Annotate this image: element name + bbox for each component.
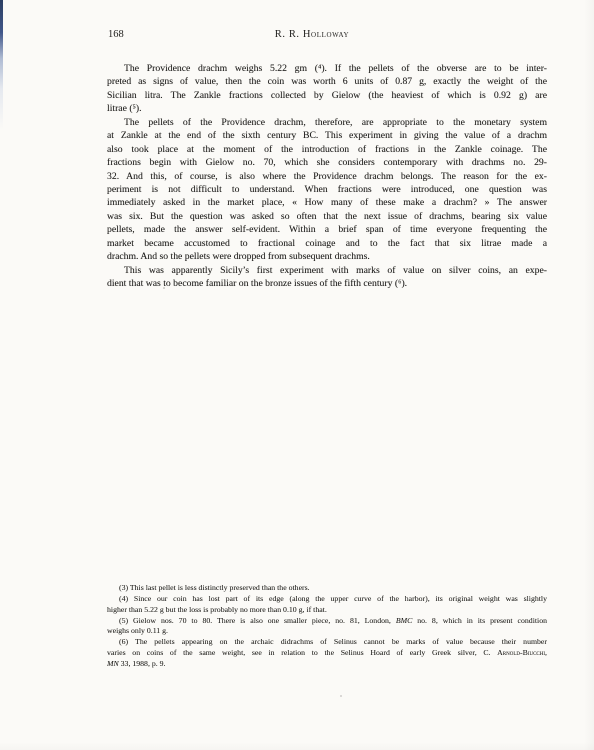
text-line: dient that was to become familiar on the…: [107, 277, 547, 290]
text-line: 32. And this, of course, is also where t…: [107, 170, 547, 183]
text-line: (5) Gielow nos. 70 to 80. There is also …: [107, 616, 547, 627]
text-line: weighs only 0.11 g.: [107, 626, 547, 637]
text-line: pellets, made the answer self-evident. W…: [107, 223, 547, 236]
scan-speck: [163, 287, 165, 289]
scan-edge-artifact: [0, 0, 3, 130]
text-segment: varies on coins of the same weight, see …: [107, 648, 497, 657]
text-segment: 33, 1988, p. 9.: [119, 659, 166, 668]
text-line: (4) Since our coin has lost part of its …: [107, 594, 547, 605]
text-line: The Providence drachm weighs 5.22 gm (⁴)…: [107, 62, 547, 75]
text-segment: no. 8, which in its present condition: [412, 616, 547, 625]
text-segment: MN: [107, 659, 119, 668]
text-segment: BMC: [396, 616, 412, 625]
scanned-page: 168 R. R. Holloway The Providence drachm…: [0, 0, 594, 750]
scan-speck: [340, 695, 342, 697]
footnote: (4) Since our coin has lost part of its …: [107, 594, 547, 616]
running-head: R. R. Holloway: [92, 29, 532, 41]
text-segment: (5) Gielow nos. 70 to 80. There is also …: [119, 616, 396, 625]
text-line: MN 33, 1988, p. 9.: [107, 659, 547, 670]
text-line: litrae (⁵).: [107, 102, 547, 115]
text-line: varies on coins of the same weight, see …: [107, 648, 547, 659]
text-line: at Zankle at the end of the sixth centur…: [107, 129, 547, 142]
text-line: was six. But the question was asked so o…: [107, 210, 547, 223]
paragraph: The Providence drachm weighs 5.22 gm (⁴)…: [107, 62, 547, 116]
body-text: The Providence drachm weighs 5.22 gm (⁴)…: [107, 62, 547, 290]
text-line: (6) The pellets appearing on the archaic…: [107, 637, 547, 648]
text-line: preted as signs of value, then the coin …: [107, 75, 547, 88]
text-line: This was apparently Sicily’s first exper…: [107, 264, 547, 277]
footnotes: (3) This last pellet is less distinctly …: [107, 583, 547, 670]
text-line: Sicilian litra. The Zankle fractions col…: [107, 89, 547, 102]
text-line: immediately asked in the market place, «…: [107, 196, 547, 209]
text-line: fractions begin with Gielow no. 70, whic…: [107, 156, 547, 169]
text-segment: ,: [545, 648, 547, 657]
text-line: higher than 5.22 g but the loss is proba…: [107, 605, 547, 616]
text-line: also took place at the moment of the int…: [107, 143, 547, 156]
footnote: (6) The pellets appearing on the archaic…: [107, 637, 547, 670]
text-line: periment is not difficult to understand.…: [107, 183, 547, 196]
text-segment: Arnold-Biucchi: [497, 648, 545, 657]
text-line: drachm. And so the pellets were dropped …: [107, 250, 547, 263]
paragraph: This was apparently Sicily’s first exper…: [107, 264, 547, 291]
footnote: (3) This last pellet is less distinctly …: [107, 583, 547, 594]
text-line: The pellets of the Providence drachm, th…: [107, 116, 547, 129]
text-line: market became accustomed to fractional c…: [107, 237, 547, 250]
footnote: (5) Gielow nos. 70 to 80. There is also …: [107, 616, 547, 638]
paragraph: The pellets of the Providence drachm, th…: [107, 116, 547, 264]
text-line: (3) This last pellet is less distinctly …: [107, 583, 547, 594]
